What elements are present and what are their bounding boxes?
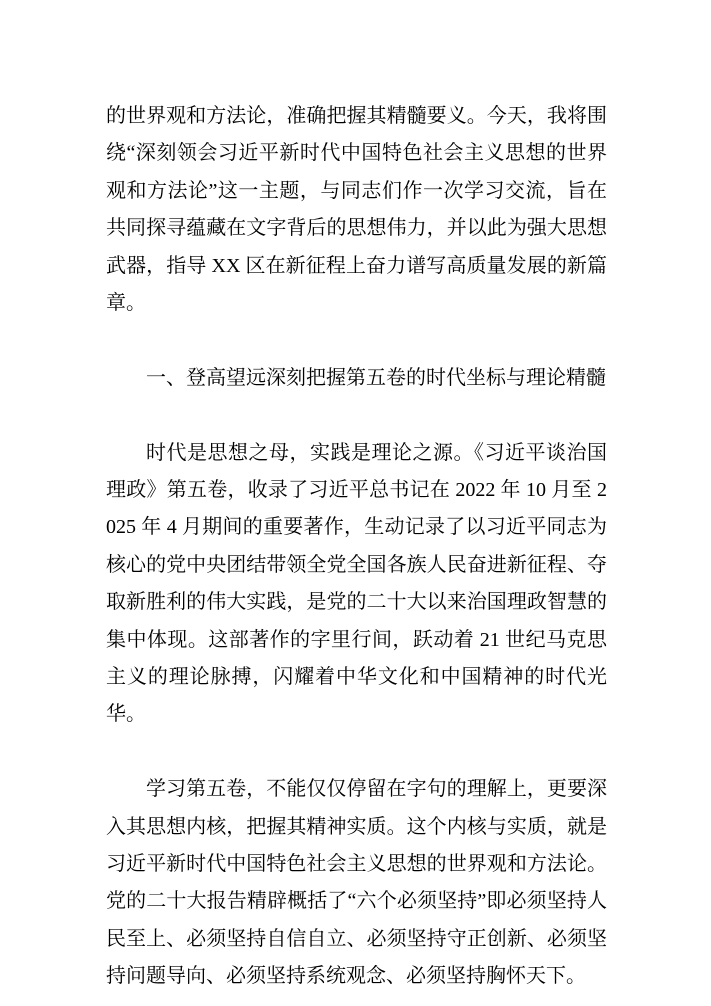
paragraph-continuation: 的世界观和方法论，准确把握其精髓要义。今天，我将围绕“深刻领会习近平新时代中国特… xyxy=(106,98,607,322)
document-page: 的世界观和方法论，准确把握其精髓要义。今天，我将围绕“深刻领会习近平新时代中国特… xyxy=(0,0,711,1006)
section-heading: 一、登高望远深刻把握第五卷的时代坐标与理论精髓 xyxy=(106,360,607,397)
paragraph-body-2: 学习第五卷，不能仅仅停留在字句的理解上，更要深入其思想内核，把握其精神实质。这个… xyxy=(106,771,607,995)
paragraph-body-1: 时代是思想之母，实践是理论之源。《习近平谈治国理政》第五卷，收录了习近平总书记在… xyxy=(106,435,607,734)
